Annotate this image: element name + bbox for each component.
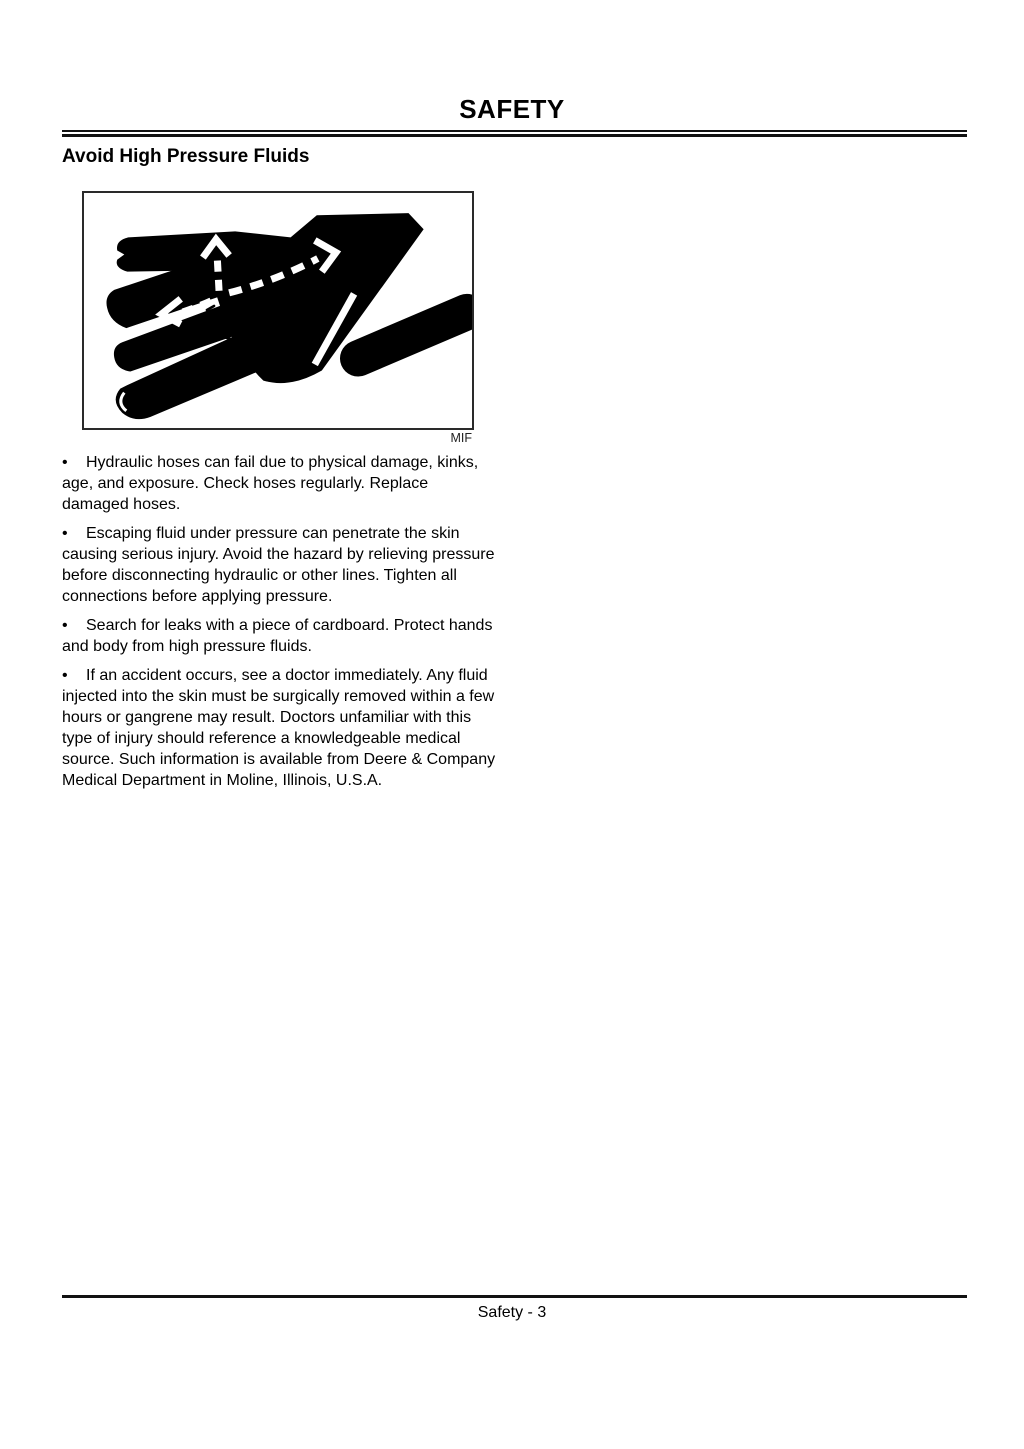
bullet-icon: • — [62, 665, 86, 686]
section-heading: Avoid High Pressure Fluids — [62, 146, 309, 168]
bullet-text: If an accident occurs, see a doctor imme… — [62, 667, 495, 789]
document-page: SAFETY Avoid High Pressure Fluids — [0, 0, 1024, 1449]
bullet-text: Escaping fluid under pressure can penetr… — [62, 525, 495, 605]
figure-caption: MIF — [82, 431, 472, 445]
bullet-text: Hydraulic hoses can fail due to physical… — [62, 454, 478, 513]
figure-frame — [82, 191, 474, 430]
bullet-item: •Search for leaks with a piece of cardbo… — [62, 615, 498, 657]
footer-rule — [62, 1295, 967, 1298]
bullet-item: •Hydraulic hoses can fail due to physica… — [62, 452, 498, 515]
page-title: SAFETY — [0, 94, 1024, 125]
bullet-text: Search for leaks with a piece of cardboa… — [62, 617, 492, 655]
page-number: Safety - 3 — [0, 1304, 1024, 1322]
bullet-icon: • — [62, 523, 86, 544]
bullet-item: •Escaping fluid under pressure can penet… — [62, 523, 498, 607]
bullet-icon: • — [62, 615, 86, 636]
bullet-list: •Hydraulic hoses can fail due to physica… — [62, 452, 498, 799]
hand-fluid-injection-illustration-icon — [84, 193, 472, 428]
header-double-rule — [62, 130, 967, 137]
bullet-item: •If an accident occurs, see a doctor imm… — [62, 665, 498, 791]
bullet-icon: • — [62, 452, 86, 473]
